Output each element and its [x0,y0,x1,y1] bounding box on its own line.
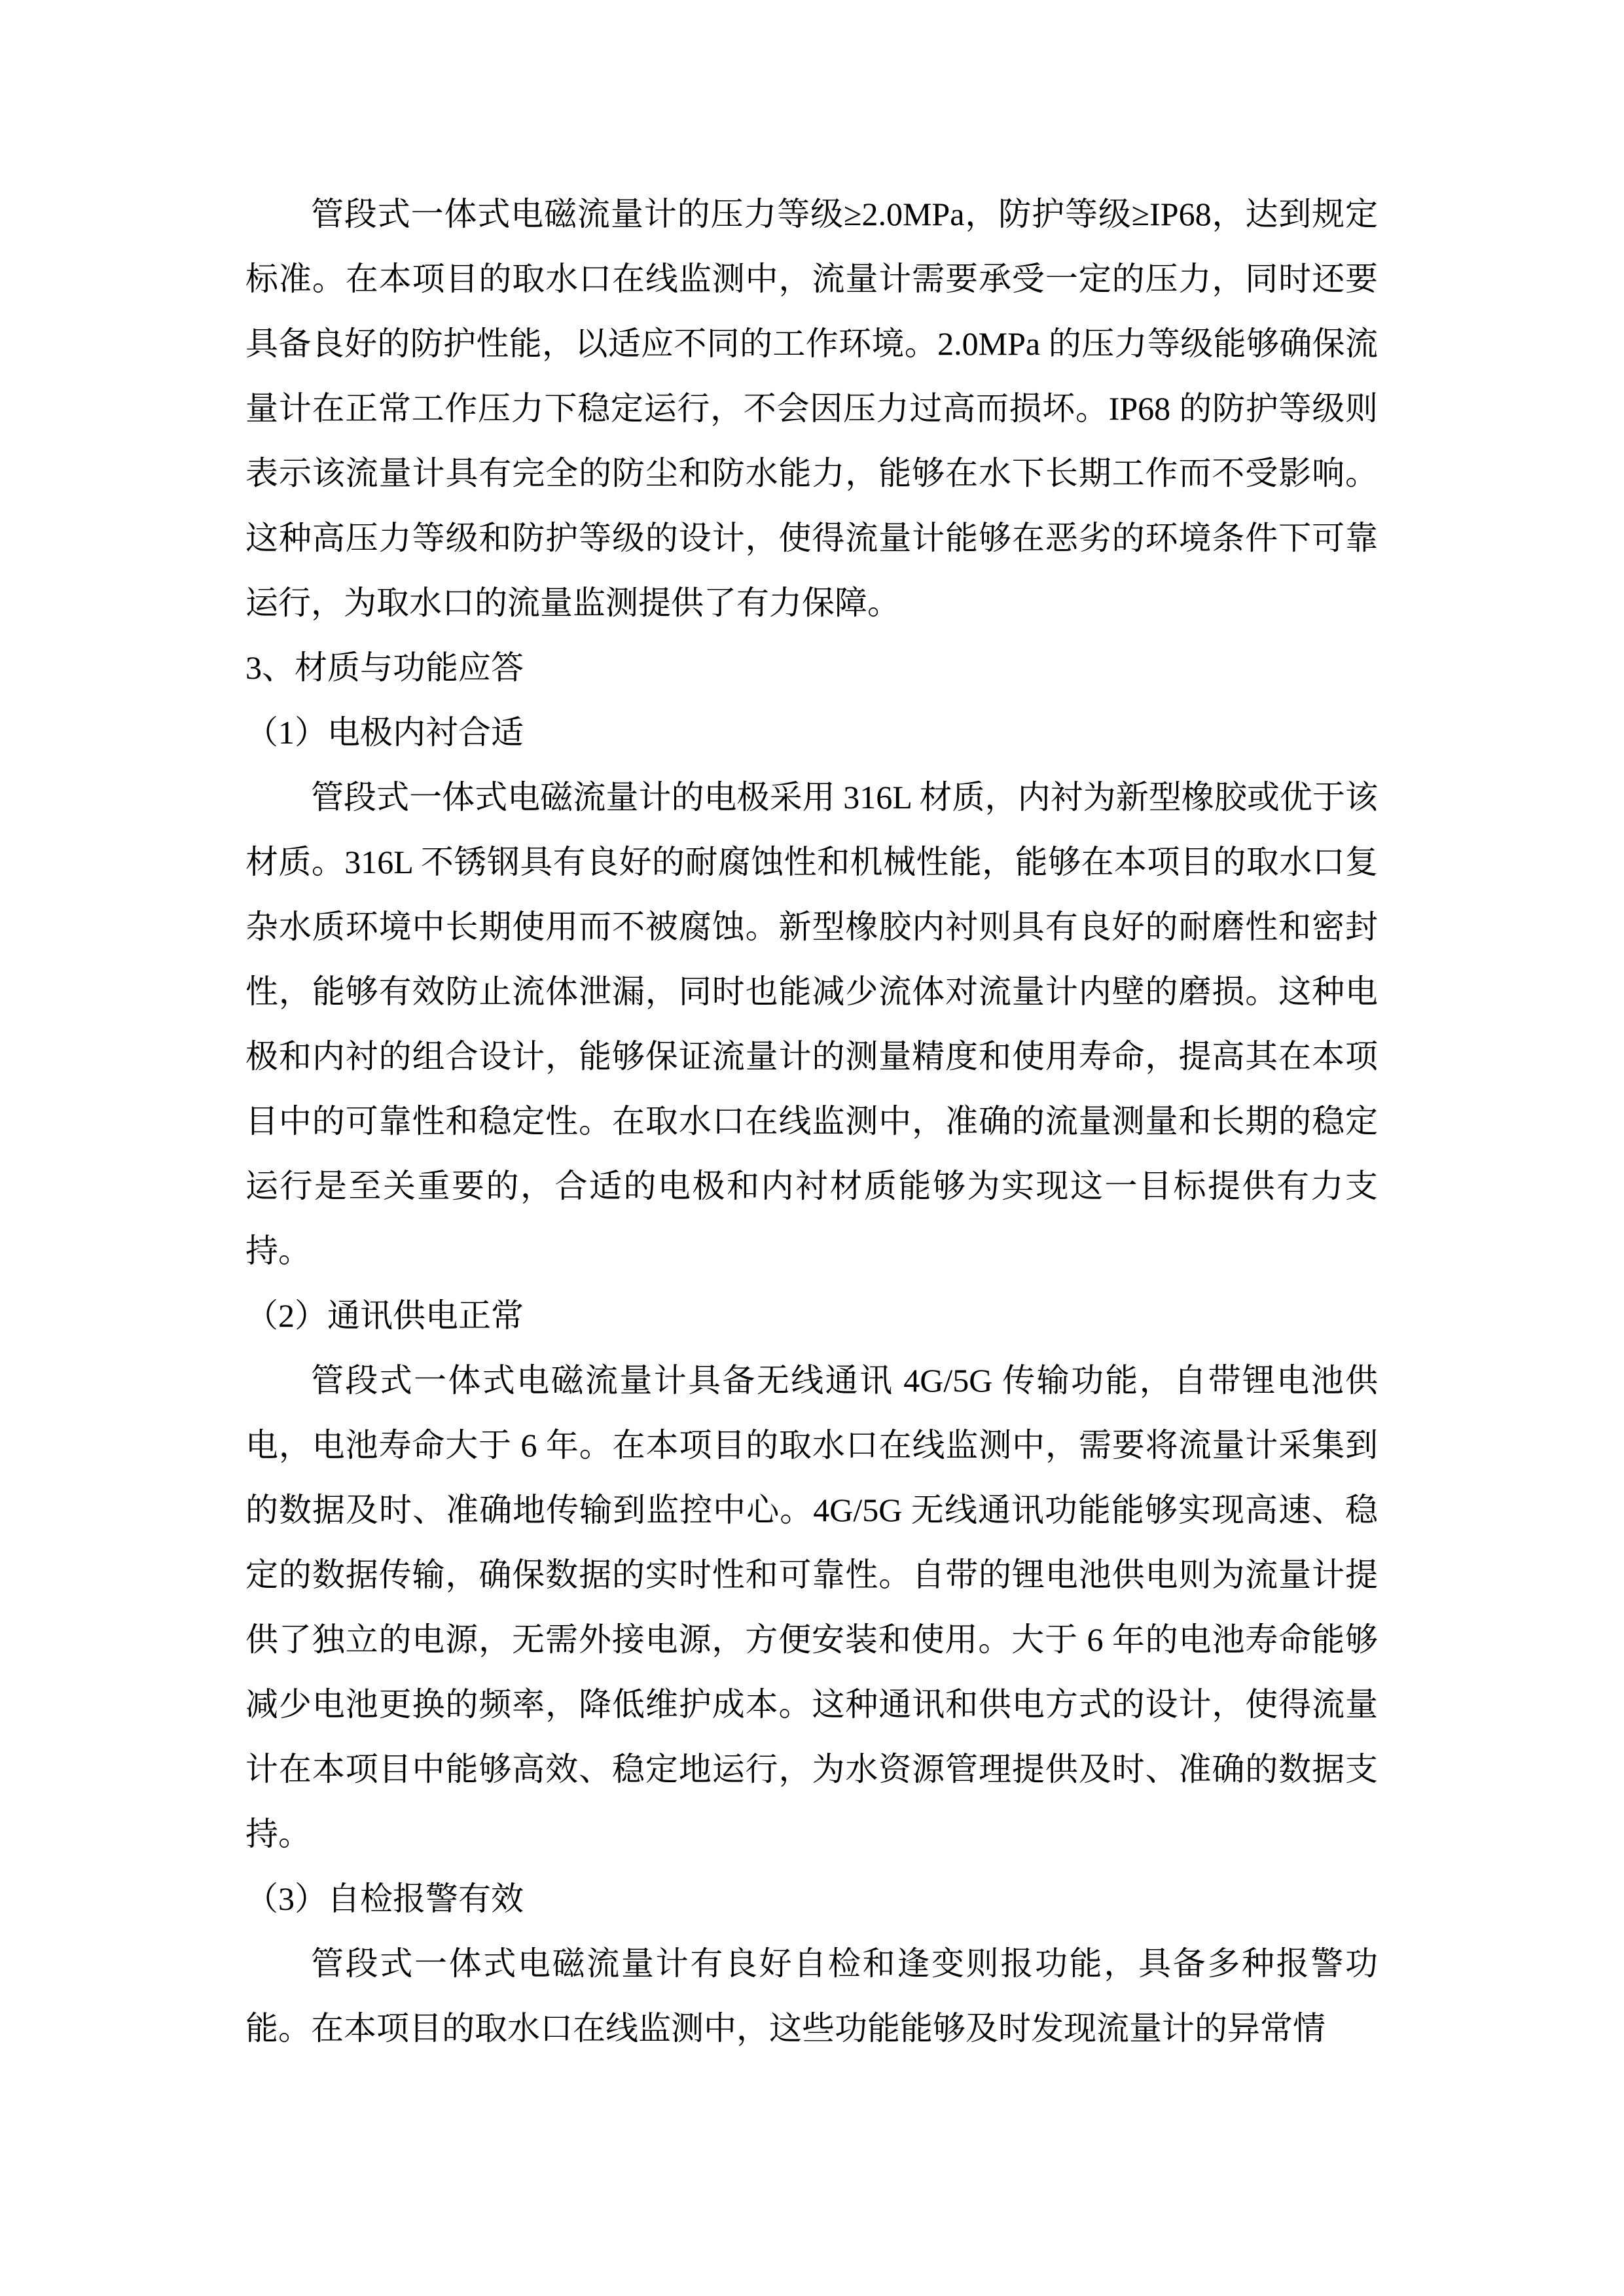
document-page: 管段式一体式电磁流量计的压力等级≥2.0MPa，防护等级≥IP68，达到规定标准… [0,0,1624,2296]
paragraph-electrode-lining: 管段式一体式电磁流量计的电极采用 316L 材质，内衬为新型橡胶或优于该材质。3… [245,765,1378,1283]
heading-material-function: 3、材质与功能应答 [245,636,1378,700]
subheading-communication-power: （2）通讯供电正常 [245,1283,1378,1348]
subheading-self-check-alarm: （3）自检报警有效 [245,1867,1378,1931]
paragraph-communication-power: 管段式一体式电磁流量计具备无线通讯 4G/5G 传输功能，自带锂电池供电，电池寿… [245,1348,1378,1867]
subheading-electrode-lining: （1）电极内衬合适 [245,700,1378,765]
paragraph-pressure-protection: 管段式一体式电磁流量计的压力等级≥2.0MPa，防护等级≥IP68，达到规定标准… [245,182,1378,636]
paragraph-self-check-alarm: 管段式一体式电磁流量计有良好自检和逢变则报功能，具备多种报警功能。在本项目的取水… [245,1931,1378,2061]
